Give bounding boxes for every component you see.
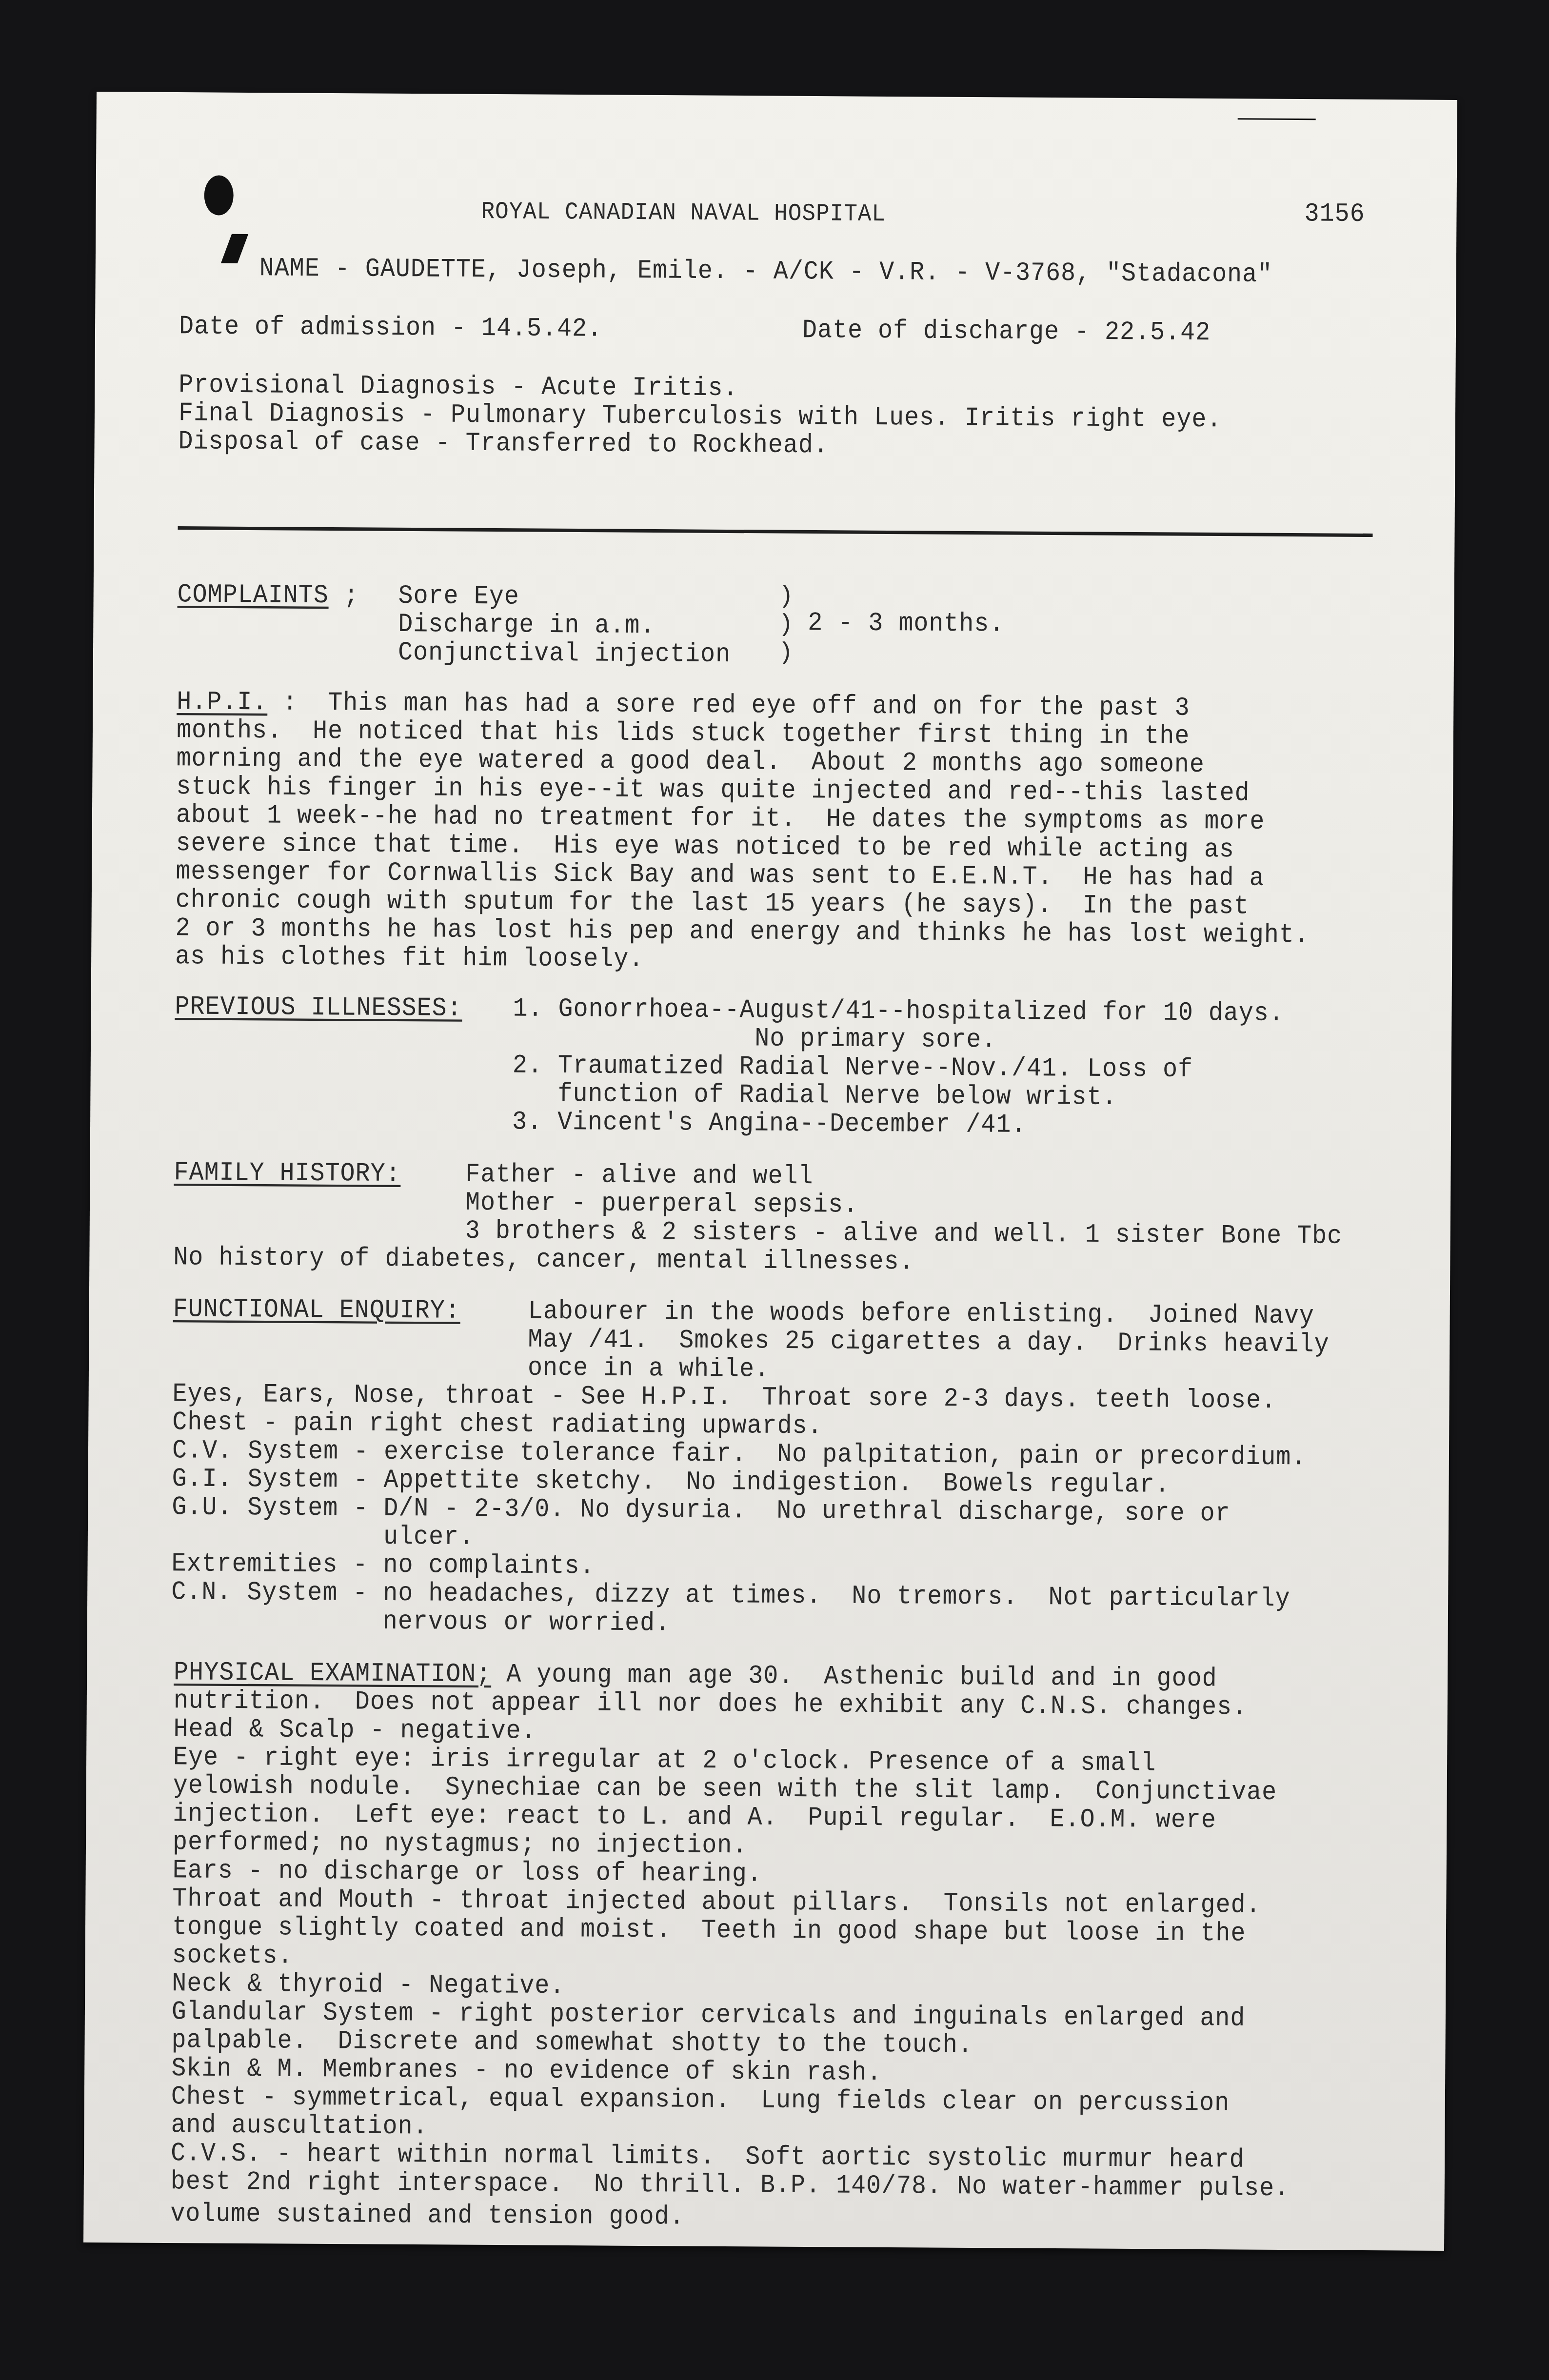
- brace: ))): [778, 583, 794, 668]
- previous-illnesses-label: PREVIOUS ILLNESSES:: [175, 992, 462, 1024]
- discharge-date: Date of discharge - 22.5.42: [802, 316, 1211, 349]
- record-number: 3156: [1304, 199, 1365, 230]
- punch-tear: [221, 234, 248, 263]
- divider-rule: [178, 526, 1373, 537]
- complaint-item: Sore Eye: [398, 581, 519, 613]
- punch-hole: [204, 175, 233, 215]
- exam-line: Head & Scalp - negative.: [173, 1714, 536, 1747]
- patient-name-line: NAME - GAUDETTE, Joseph, Emile. - A/CK -…: [259, 254, 1273, 290]
- exam-line: Neck & thyroid - Negative.: [172, 1969, 565, 2002]
- illness-line: 3. Vincent's Angina--December /41.: [512, 1107, 1027, 1141]
- complaints-duration: 2 - 3 months.: [808, 608, 1004, 640]
- hpi-label: H.P.I.: [177, 687, 267, 718]
- complaints-section: COMPLAINTS ;: [178, 580, 359, 612]
- complaints-label: COMPLAINTS: [178, 580, 329, 611]
- exam-line: tongue slightly coated and moist. Teeth …: [172, 1912, 1246, 1949]
- system-line: ulcer.: [172, 1521, 474, 1553]
- admission-date: Date of admission - 14.5.42.: [179, 312, 603, 345]
- complaint-item: Conjunctival injection: [398, 638, 731, 671]
- disposal-of-case: Disposal of case - Transferred to Rockhe…: [178, 427, 829, 461]
- physical-exam-label: PHYSICAL EXAMINATION;: [174, 1658, 491, 1690]
- functional-enquiry-label: FUNCTIONAL ENQUIRY:: [173, 1294, 460, 1327]
- exam-line: volume sustained and tension good.: [170, 2199, 685, 2233]
- system-line: nervous or worried.: [171, 1606, 671, 1639]
- complaint-item: Discharge in a.m.: [398, 610, 655, 642]
- hpi-line: as his clothes fit him loosely.: [175, 942, 644, 975]
- family-note: No history of diabetes, cancer, mental i…: [173, 1243, 914, 1278]
- enquiry-line: once in a while.: [528, 1353, 770, 1385]
- system-line: Extremities - no complaints.: [171, 1549, 595, 1582]
- hospital-record-page: ROYAL CANADIAN NAVAL HOSPITAL 3156 NAME …: [83, 92, 1457, 2251]
- exam-line: and auscultation.: [171, 2110, 428, 2142]
- family-line: Father - alive and well: [465, 1160, 813, 1192]
- family-line: Mother - puerperal sepsis.: [465, 1188, 859, 1221]
- exam-line: sockets.: [172, 1941, 293, 1972]
- paper-damage-mark: [1238, 118, 1316, 120]
- exam-line: best 2nd right interspace. No thrill. B.…: [171, 2167, 1290, 2204]
- family-history-label: FAMILY HISTORY:: [174, 1158, 400, 1190]
- institution-title: ROYAL CANADIAN NAVAL HOSPITAL: [481, 197, 886, 230]
